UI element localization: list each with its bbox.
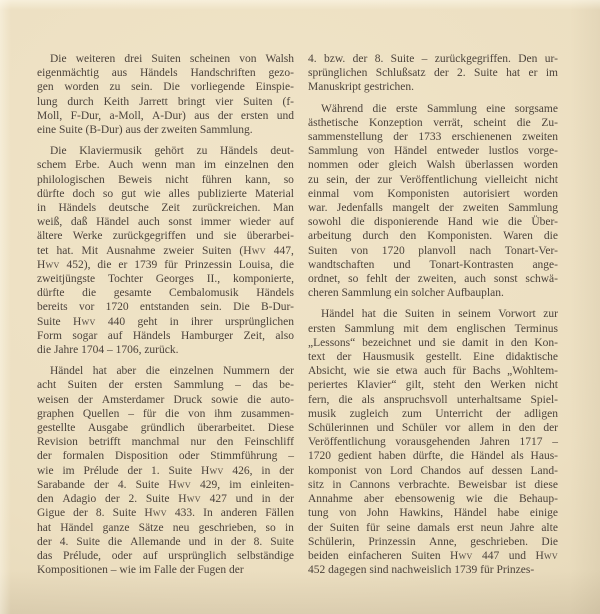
word: 1739	[134, 258, 157, 272]
word: in	[332, 478, 341, 492]
word: erste	[396, 102, 418, 116]
word: nachweislich	[391, 564, 451, 576]
word: Über-	[531, 215, 558, 229]
word: Die	[163, 80, 180, 94]
word: Material	[255, 187, 294, 201]
word: Stimmführung	[210, 449, 277, 463]
word: betrifft	[89, 435, 121, 449]
hwv-catalog-abbrev: Hwv	[243, 245, 266, 257]
text-line: fern,diealsanspruchsvollunterhaltsameSpi…	[308, 393, 558, 407]
text-line: textderHausmusikgestellt.Einedidaktische	[308, 350, 558, 364]
word: Moll,	[37, 109, 62, 123]
word: Ausgabe	[88, 421, 128, 435]
word: hat	[362, 307, 376, 321]
word: verbrachte.	[398, 478, 449, 492]
word: damals	[417, 521, 450, 535]
text-line: zusein,derzurVeröffentlichungvielleichtn…	[308, 173, 558, 187]
word: Fugen	[197, 564, 226, 576]
word: Die	[50, 144, 67, 158]
word: dagegen	[328, 564, 366, 576]
word: und	[393, 258, 410, 272]
word: Händel	[60, 521, 93, 535]
word: publizierte	[198, 187, 247, 201]
word: 1739	[454, 564, 477, 576]
word: a-Moll,	[109, 109, 143, 123]
word: diese	[534, 478, 558, 492]
paragraph: HändelhataberdieeinzelnenNummernderachtS…	[37, 364, 294, 577]
word: gehört	[155, 144, 184, 158]
word: Während	[321, 102, 363, 116]
word: In	[203, 506, 213, 520]
word: einzelnen	[225, 158, 269, 172]
word: für	[366, 521, 379, 535]
word: zu	[197, 144, 208, 158]
text-line: genwordenzusein.DievorliegendeEinspie-	[37, 80, 294, 94]
word: Cembalomusik	[169, 286, 239, 300]
text-line: Schülerin,PrinzessinAnne,geschrieben.Die	[308, 535, 558, 549]
word: der	[279, 492, 294, 506]
word: weisen	[37, 393, 69, 407]
word: vom	[353, 187, 373, 201]
word: den	[519, 421, 536, 435]
word: steht	[433, 378, 455, 392]
word: Eine	[473, 350, 494, 364]
word: philologischen	[37, 173, 105, 187]
word: man	[175, 158, 195, 172]
word: Behaup-	[519, 492, 558, 506]
word: wie	[119, 564, 136, 576]
word: Hamburger	[181, 329, 233, 343]
word: der	[395, 272, 410, 286]
word: zurückreichen.	[192, 201, 260, 215]
word: Waren	[503, 229, 533, 243]
booklet-page: DieweiterendreiSuitenscheinenvonWalsheig…	[0, 0, 600, 614]
word: den	[511, 336, 528, 350]
text-line: musikzugleichzumUnterrichtderadligen	[308, 407, 558, 421]
word: Anne,	[429, 535, 457, 549]
word: disponierende	[374, 215, 439, 229]
word: 1720	[382, 244, 405, 258]
word: dessen	[492, 464, 523, 478]
text-line: VeröffentlichungvorausgehendenJahren1717…	[308, 435, 558, 449]
word: Terminus	[515, 322, 558, 336]
word: adligen	[524, 407, 558, 421]
word: in	[285, 521, 294, 535]
word: daß	[71, 215, 88, 229]
word: englischen	[456, 322, 505, 336]
word: in	[442, 307, 451, 321]
text-line: weisenderAmsterdamerDrucksowiedieauto-	[37, 393, 294, 407]
word: der	[218, 109, 233, 123]
word: Tonart-Kontrasten	[429, 258, 513, 272]
word: wie	[466, 492, 483, 506]
text-line: sowohldiedisponierendeHandwiedieÜber-	[308, 215, 558, 229]
word: er	[118, 258, 127, 272]
word: und	[509, 549, 526, 563]
word: zweitjüngste	[37, 272, 95, 286]
word: die	[508, 215, 522, 229]
word: Prélude,	[63, 549, 101, 563]
word: Druck	[173, 393, 202, 407]
word: nach	[469, 244, 491, 258]
word: sind	[369, 564, 388, 576]
word: Zeit	[161, 201, 180, 215]
word: Haus-	[531, 449, 558, 463]
word: schem	[37, 158, 66, 172]
word: 2.	[128, 492, 137, 506]
word: A-Dur)	[152, 109, 186, 123]
word: Schüler	[402, 421, 437, 435]
word: Mit	[81, 244, 98, 258]
word: lustlos	[489, 144, 519, 158]
word: vorausgehenden	[395, 435, 470, 449]
word: Suite	[146, 492, 170, 506]
word: autorisiert	[463, 187, 510, 201]
word: nicht	[535, 378, 558, 392]
word: der	[393, 130, 408, 144]
word: Jahre	[510, 521, 534, 535]
word: sitz	[308, 478, 324, 492]
word: der	[37, 535, 52, 549]
word: Händel	[471, 449, 504, 463]
word: fehlt	[366, 272, 387, 286]
word: auto-	[270, 393, 294, 407]
text-line: wandtschaftenundTonart-Kontrastenange-	[308, 258, 558, 272]
word: im	[229, 478, 241, 492]
word: beiden	[308, 549, 339, 563]
word: auf	[143, 549, 158, 563]
word: F-Dur,	[71, 109, 102, 123]
word: Sammlung	[344, 322, 394, 336]
word: 4.	[308, 52, 317, 66]
word: Handschriften	[190, 66, 255, 80]
word: der	[439, 201, 454, 215]
word: alte	[541, 521, 558, 535]
word: Händel	[454, 506, 487, 520]
word: mangelt	[392, 201, 429, 215]
text-line: sammenstellungder1733erschienenenzweiten	[308, 130, 558, 144]
word: Sarabande	[37, 478, 85, 492]
word: Hwv	[201, 464, 224, 478]
word: Suite	[37, 315, 61, 329]
word: B-Dur-	[261, 300, 294, 314]
word: Hwv	[450, 549, 473, 563]
text-line: philologischenBeweisnichtführenkann,so	[37, 173, 294, 187]
word: Hand	[448, 215, 473, 229]
word: 8.	[96, 506, 105, 520]
word: Nummern	[223, 364, 270, 378]
word: didaktische	[506, 350, 558, 364]
text-line: 4.bzw.der8.Suite–zurückgegriffen.Denur-	[308, 52, 558, 66]
word: scheinen	[190, 52, 230, 66]
word: „Lessons“	[308, 336, 355, 350]
word: Die	[233, 300, 250, 314]
word: Suiten	[243, 95, 272, 109]
word: hat	[93, 364, 107, 378]
word: weiß,	[37, 215, 62, 229]
word: ihm	[214, 407, 232, 421]
word: den	[400, 229, 417, 243]
hwv-catalog-abbrev: Hwv	[144, 507, 167, 519]
word: hat.	[57, 244, 74, 258]
word: 440	[108, 315, 125, 329]
word: 1717	[520, 435, 543, 449]
word: bereits	[37, 300, 68, 314]
word: 452	[308, 564, 325, 576]
word: vor	[445, 421, 460, 435]
word: Keith	[104, 95, 130, 109]
word: aber	[116, 364, 136, 378]
text-line: Gigueder8.SuiteHwv433.InanderenFällen	[37, 506, 294, 520]
word: den	[464, 378, 481, 392]
word: sogar	[72, 329, 97, 343]
word: ur-	[545, 52, 558, 66]
word: 447	[482, 549, 499, 563]
text-line: Sarabandeder4.SuiteHwv429,imeinleiten-	[37, 478, 294, 492]
word: arbeitung	[308, 229, 351, 243]
word: –	[107, 344, 113, 356]
word: Absicht,	[308, 364, 347, 378]
word: Suite	[169, 464, 193, 478]
word: Schülerinnen	[308, 421, 369, 435]
word: Kon-	[534, 336, 558, 350]
word: für	[452, 364, 465, 378]
word: Händel	[394, 144, 427, 158]
word: Jahre	[54, 344, 78, 356]
word: Händels	[256, 286, 294, 300]
word: Hwv	[144, 506, 167, 520]
text-line: 1720gedienthabendürfte,dieHändelalsHaus-	[308, 449, 558, 463]
word: wie	[482, 215, 499, 229]
word: weiteren	[76, 52, 116, 66]
word: Spiel-	[531, 393, 558, 407]
word: und	[236, 492, 253, 506]
word: dürfte	[37, 286, 64, 300]
word: anspruchsvoll	[384, 393, 448, 407]
word: geschrieben,	[199, 521, 257, 535]
word: 1720	[308, 449, 331, 463]
word: drei	[124, 52, 142, 66]
word: Schlußsatz	[376, 66, 426, 80]
word: zurück.	[144, 344, 178, 356]
word: Revision	[37, 435, 78, 449]
word: Auch	[108, 158, 133, 172]
word: einmal	[308, 187, 339, 201]
word: für	[164, 258, 177, 272]
word: Suiten	[330, 521, 359, 535]
word: lung	[37, 95, 57, 109]
word: dem	[428, 322, 448, 336]
word: ersten	[135, 378, 162, 392]
word: gut	[121, 187, 136, 201]
word: habe	[498, 506, 520, 520]
word: erschienenen	[452, 130, 512, 144]
word: Erbe.	[75, 158, 100, 172]
word: der	[144, 124, 159, 136]
text-line: beideneinfacherenSuitenHwv447undHwv	[308, 549, 558, 563]
word: haben	[379, 449, 406, 463]
word: (B-Dur)	[86, 124, 123, 136]
word: die	[82, 286, 96, 300]
word: Cannons	[350, 478, 390, 492]
word: die	[339, 393, 353, 407]
word: Komponisten.	[427, 229, 492, 243]
word: auf	[469, 464, 484, 478]
word: vorliegende	[191, 80, 245, 94]
word: nicht	[165, 173, 188, 187]
word: Hwv	[535, 549, 558, 563]
word: –	[235, 378, 241, 392]
word: –	[422, 52, 428, 66]
paragraph: 4.bzw.der8.Suite–zurückgegriffen.Denur-s…	[308, 52, 558, 95]
word: Falle	[154, 564, 177, 576]
word: Schülerin,	[308, 535, 355, 549]
word: „Wohltem-	[507, 364, 558, 378]
word: Disposition	[115, 449, 168, 463]
word: überarbeitet.	[197, 421, 255, 435]
text-line: nommenodergleichWalshüberlassenworden	[308, 158, 558, 172]
word: die	[97, 258, 111, 272]
word: Händel	[50, 364, 83, 378]
hwv-catalog-abbrev: Hwv	[450, 550, 473, 562]
word: Annahme	[308, 492, 353, 506]
text-line: denAdagioder2.SuiteHwv427undinder	[37, 492, 294, 506]
text-line: FormsogaraufHändelsHamburgerZeit,also	[37, 329, 294, 343]
text-line: eigenmächtigausHändelsHandschriftengezo-	[37, 66, 294, 80]
word: die	[280, 258, 294, 272]
word: (f-	[282, 95, 294, 109]
word: und	[418, 336, 435, 350]
text-line: SchülerinnenundSchülervorallemindender	[308, 421, 558, 435]
word: ange-	[532, 258, 558, 272]
word: komponist	[308, 464, 357, 478]
text-line: SuiteHwv440gehtinihrerursprünglichen	[37, 315, 294, 329]
word: gedient	[338, 449, 372, 463]
word: erst	[457, 521, 474, 535]
word: ursprünglich	[168, 549, 226, 563]
word: ältere	[37, 229, 63, 243]
word: Manuskript	[308, 81, 361, 93]
word: und	[377, 421, 394, 435]
word: der	[229, 564, 244, 576]
paragraph: WährenddieersteSammlungeinesorgsameästhe…	[308, 102, 558, 301]
word: entweder	[437, 144, 479, 158]
word: deutsche	[109, 201, 149, 215]
word: Lord	[390, 464, 412, 478]
text-line: AnnahmeaberebensowenigwiedieBehaup-	[308, 492, 558, 506]
word: wie	[144, 187, 161, 201]
word: und	[277, 109, 294, 123]
word: auf	[279, 215, 294, 229]
word: der	[353, 52, 368, 66]
word: 447,	[274, 244, 294, 258]
word: etwa	[396, 364, 418, 378]
word: scheint	[474, 116, 507, 130]
word: Suiten	[308, 244, 337, 258]
word: sorgsame	[515, 102, 558, 116]
word: sie	[376, 364, 389, 378]
word: Sammlung	[174, 378, 224, 392]
word: der	[279, 464, 294, 478]
word: 1720	[106, 300, 129, 314]
word: wie	[37, 464, 54, 478]
text-line: sitzinCannonsverbrachte.Beweisbaristdies…	[308, 478, 558, 492]
text-line: Suitenvon1720planvollnachTonart-Ver-	[308, 244, 558, 258]
word: solcher	[411, 287, 444, 299]
word: als	[511, 449, 524, 463]
word: vor	[79, 300, 94, 314]
word: führen	[202, 173, 232, 187]
word: –	[288, 449, 294, 463]
word: Beweis	[118, 173, 152, 187]
word: text	[308, 350, 325, 364]
word: auf	[108, 329, 123, 343]
word: Komponisten	[387, 187, 449, 201]
word: der	[355, 173, 370, 187]
word: tet	[37, 244, 49, 258]
word: er	[529, 66, 538, 80]
word: 2.	[457, 66, 466, 80]
word: hat	[37, 521, 51, 535]
word: Den	[518, 52, 537, 66]
word: Die	[541, 535, 558, 549]
text-line: dürftedochsogutwieallespublizierteMateri…	[37, 187, 294, 201]
word: für	[143, 407, 156, 421]
word: Zu-	[541, 116, 558, 130]
word: Händels	[133, 329, 171, 343]
text-line: ordnet,sofehltderzweiten,auchsonstschwä-	[308, 272, 558, 286]
hwv-catalog-abbrev: Hwv	[178, 493, 201, 505]
word: 4.	[118, 478, 127, 492]
word: zusammen-	[241, 407, 294, 421]
word: Händel	[96, 215, 129, 229]
word: so	[284, 173, 294, 187]
word: Prinzessin	[185, 258, 232, 272]
text-line: HändelhatdieSuiteninseinemVorwortzur	[308, 307, 558, 321]
word: Jedenfalls	[337, 201, 383, 215]
text-line: RevisionbetrifftmanchmalnurdenFeinschlif…	[37, 435, 294, 449]
word: Suiten	[405, 307, 434, 321]
word: überarbei-	[247, 229, 294, 243]
text-line: derSuitenfürseinedamalserstneunJahrealte	[308, 521, 558, 535]
word: Sammlung	[427, 102, 477, 116]
word: selbständige	[237, 549, 294, 563]
word: nicht	[535, 173, 558, 187]
word: den	[37, 492, 54, 506]
word: planvoll	[418, 244, 456, 258]
word: Händel	[321, 307, 354, 321]
word: zum	[402, 407, 422, 421]
word: unterhaltsame	[457, 393, 522, 407]
word: Vorwort	[498, 307, 535, 321]
word: Händels	[140, 66, 178, 80]
word: bezeichnet	[362, 336, 411, 350]
word: Tochter	[108, 272, 143, 286]
word: cheren	[308, 287, 339, 299]
word: Amsterdamer	[102, 393, 165, 407]
word: einfacheren	[348, 549, 402, 563]
word: formalen	[63, 449, 105, 463]
word: Land-	[531, 464, 558, 478]
word: allem	[468, 421, 494, 435]
word: der	[109, 378, 124, 392]
word: neu	[173, 521, 190, 535]
word: Hwv	[37, 258, 60, 272]
word: zurückgegriffen	[113, 229, 186, 243]
text-line: derformalenDispositionoderStimmführung–	[37, 449, 294, 463]
text-line: inHändelsdeutscheZeitzurückreichen.Man	[37, 201, 294, 215]
word: neun	[481, 521, 503, 535]
